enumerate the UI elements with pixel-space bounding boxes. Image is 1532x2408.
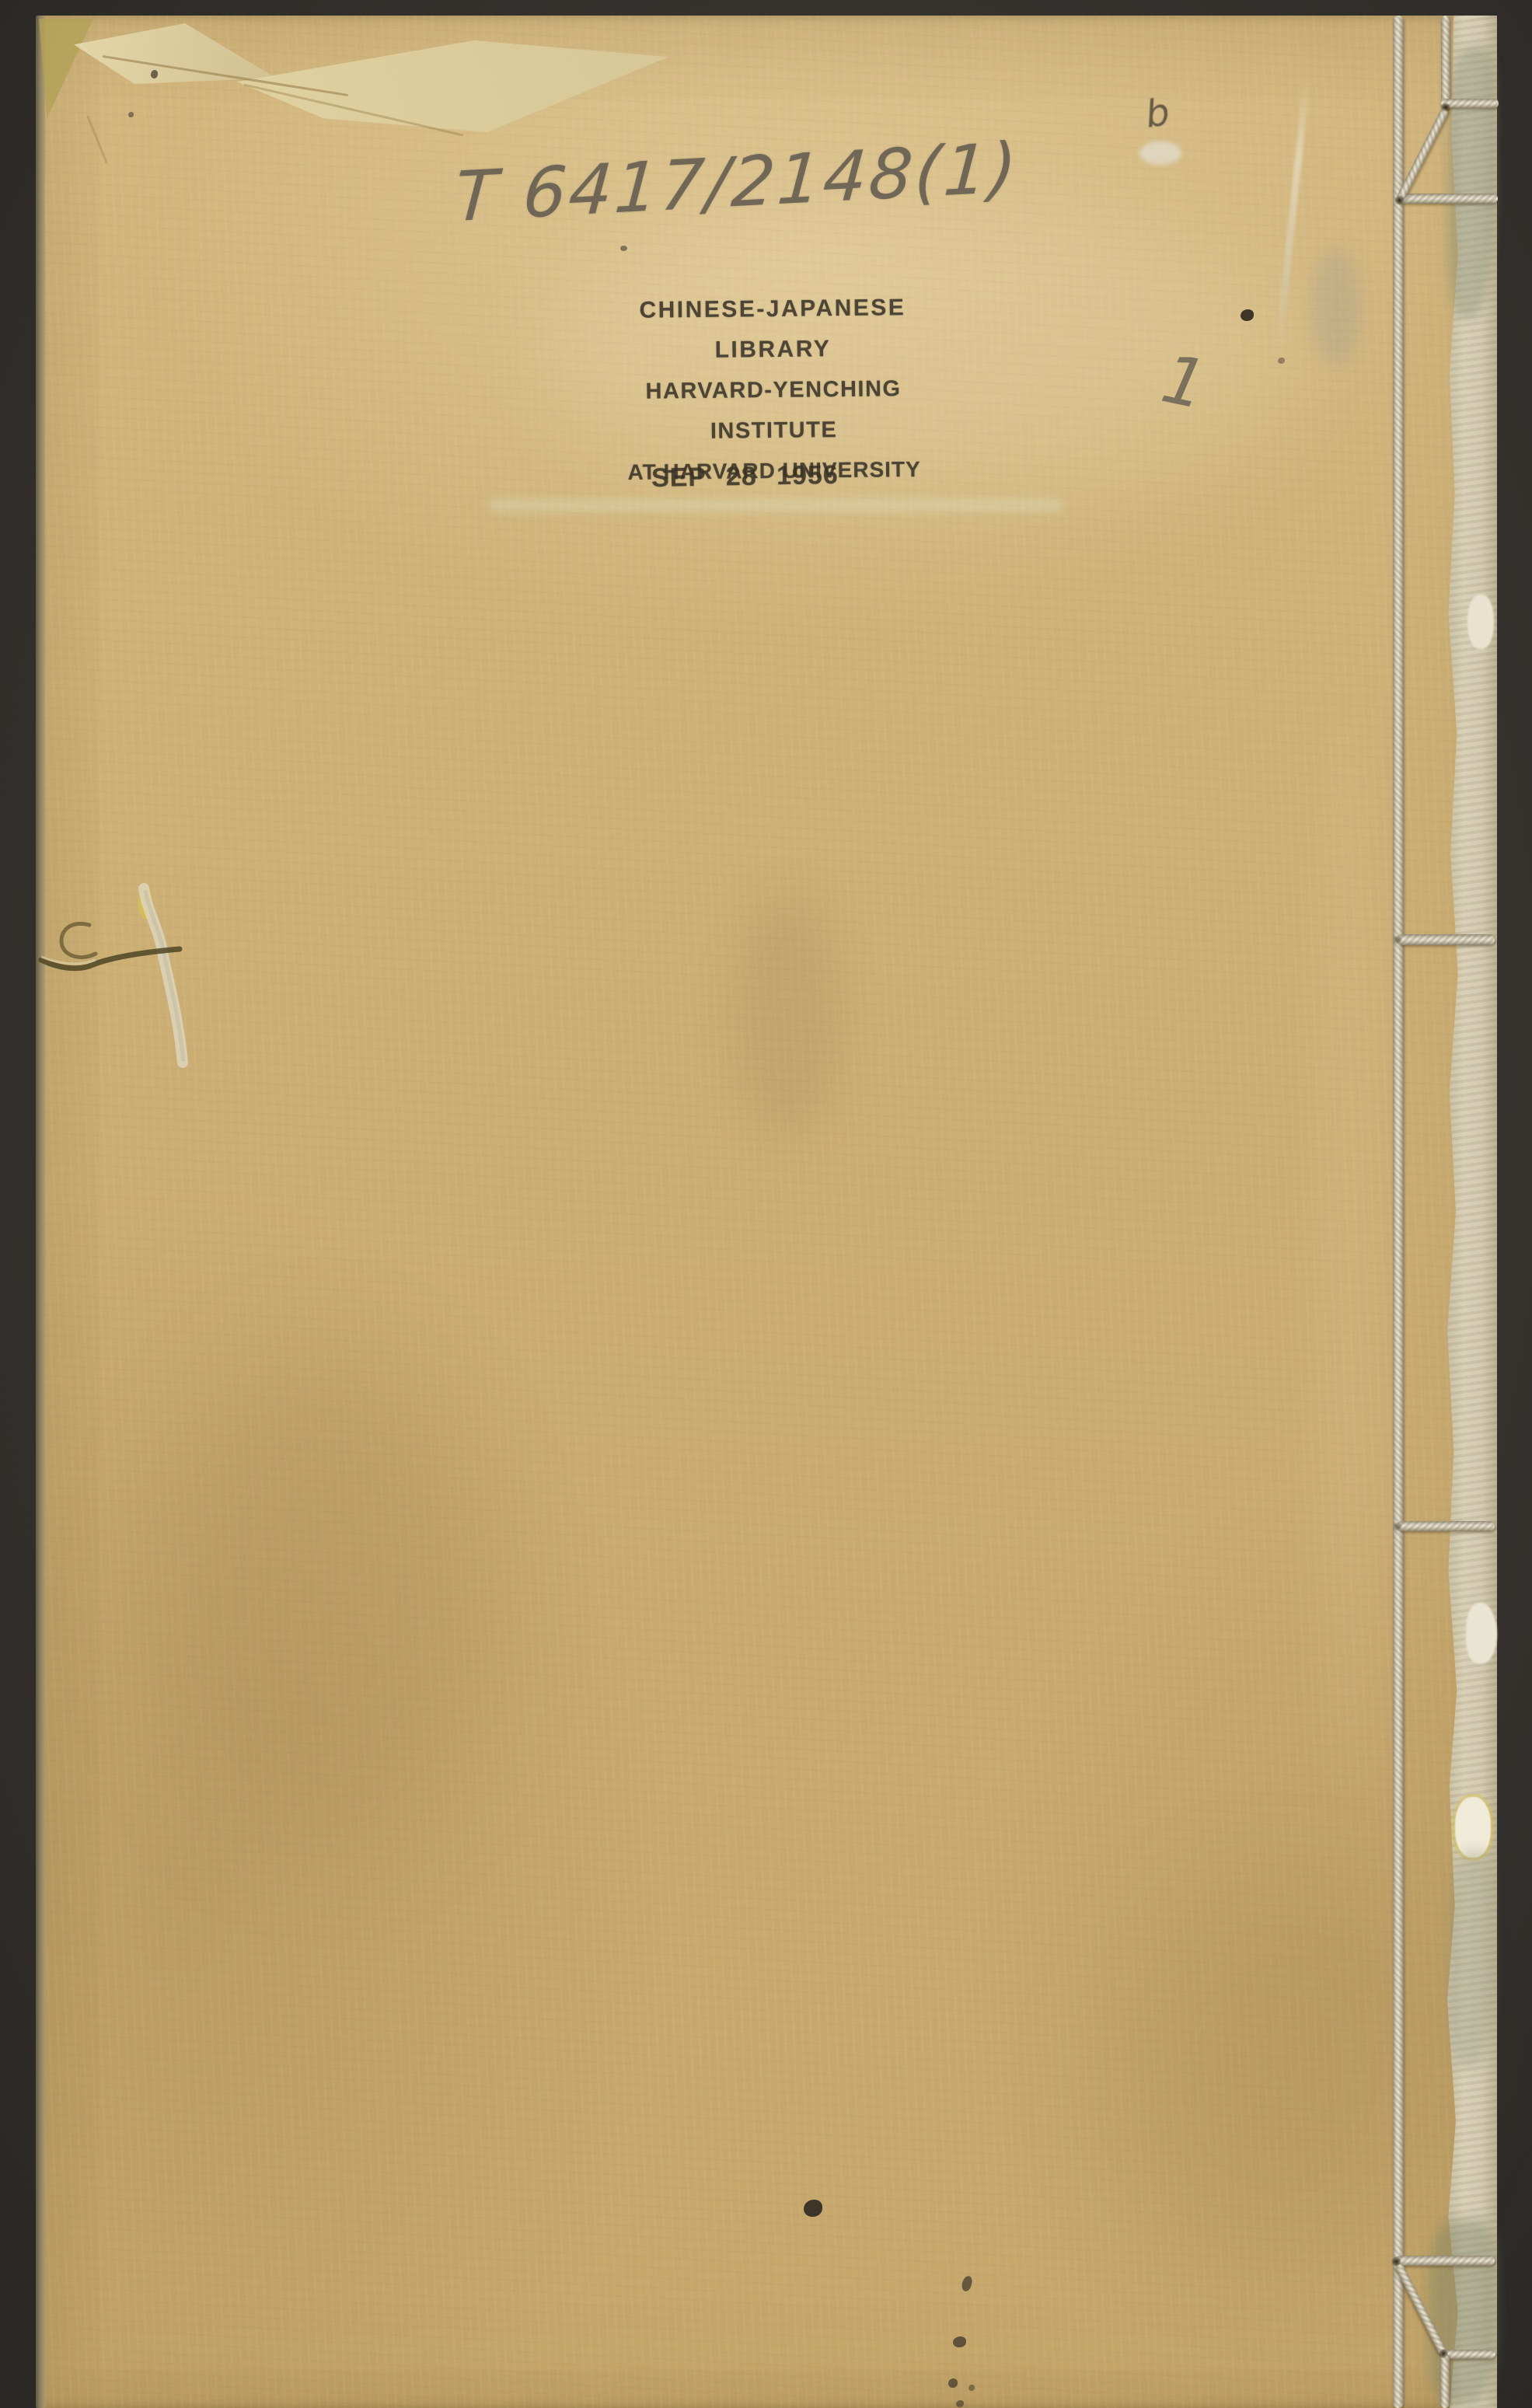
pencil-dot (620, 246, 627, 251)
stamp-line-2: HARVARD-YENCHING INSTITUTE (579, 368, 968, 452)
spine-patch-green (1447, 47, 1495, 319)
binding-thread-corner-top (1441, 16, 1450, 110)
ink-dot (1241, 309, 1254, 321)
left-edge-tear (27, 882, 214, 1084)
gray-smudge (1312, 249, 1360, 365)
spine-patch-chip (1455, 1797, 1491, 1858)
stain (1314, 700, 1384, 1788)
spine-patch-green (1449, 1850, 1494, 2068)
stain (155, 1352, 490, 1850)
stitch-hole (1393, 1522, 1402, 1531)
ink-speck (968, 2385, 975, 2391)
abrasion-patch (1139, 141, 1181, 165)
binding-thread-horizontal (1398, 194, 1498, 204)
stitch-hole (1393, 935, 1402, 944)
date-stamp: SEP 28 1956 (651, 460, 839, 494)
binding-thread-corner-bottom (1440, 2354, 1450, 2408)
stitch-hole (1439, 2349, 1448, 2358)
spine-patch-white (1466, 1603, 1497, 1663)
spine-patch-green (1429, 2220, 1495, 2406)
stitch-hole (1391, 2256, 1401, 2267)
ink-speck (953, 2336, 966, 2347)
faded-band (488, 498, 1063, 512)
stitch-hole (1394, 195, 1405, 205)
ink-speck (948, 2378, 958, 2388)
ink-speck (956, 2400, 964, 2407)
binding-thread-vertical (1393, 16, 1404, 2408)
binding-thread-horizontal (1397, 934, 1495, 945)
spine-patch-white (1467, 595, 1494, 649)
book-cover-scan: T 6417/2148(1) CHINESE-JAPANESE LIBRARY … (0, 0, 1532, 2408)
ink-dot (804, 2200, 822, 2217)
binding-thread-horizontal (1397, 1521, 1495, 1531)
cover-left-edge (36, 16, 45, 2408)
ink-dot (1278, 358, 1285, 364)
ink-speck (151, 70, 158, 79)
stitch-hole (1441, 103, 1450, 112)
binding-thread-horizontal (1395, 2256, 1495, 2266)
stamp-line-1: CHINESE-JAPANESE LIBRARY (578, 287, 968, 372)
ink-speck (128, 112, 134, 117)
stain (735, 894, 839, 1135)
